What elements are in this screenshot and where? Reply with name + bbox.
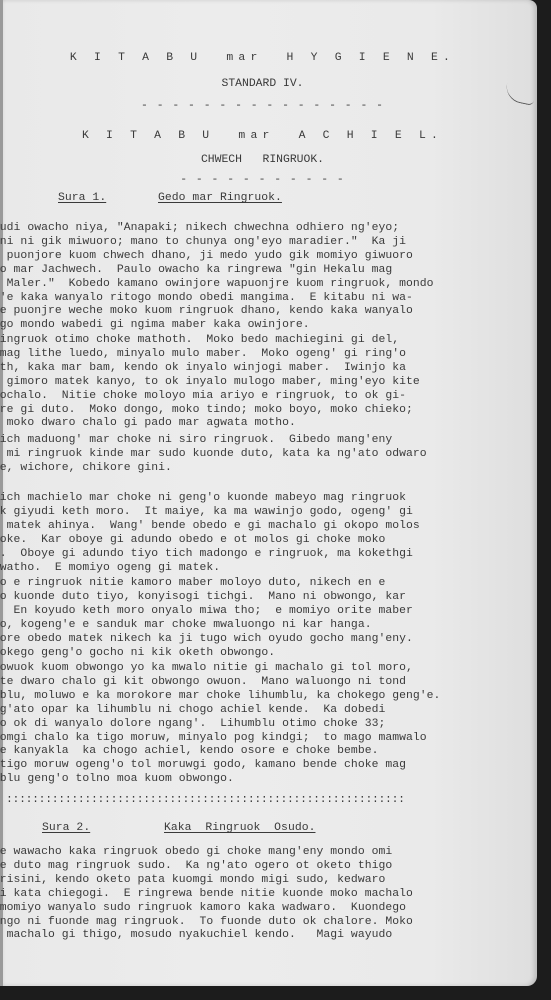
text-line: ire puonjre weche moko kuom ringruok dha… [0,305,434,319]
text-line: umblu geng'o tolno moa kuom obwongo. [0,773,440,787]
paragraph-3: Tich maduong' mar choke ni siro ringruok… [0,434,427,476]
text-line: togo mondo wabedi gi ngima maber kaka ow… [0,319,434,333]
text-line: ehni ni gik miwuoro; mano to chunya ong'… [0,236,434,250]
document-title: K I T A B U mar H Y G I E N E. [0,52,531,64]
text-line: a ochalo. Nitie choke moloyo mia ariyo e… [0,390,420,404]
chapter-2-heading: Kaka Ringruok Osudo. [164,822,315,834]
chapter-2-title: Kaka Ringruok Osudo. [164,822,315,834]
chapter-2-label: Sura 2. [42,822,90,834]
text-line: kik giyudi keth moro. It maiye, ka ma wa… [0,506,420,520]
scanned-page: K I T A B U mar H Y G I E N E. STANDARD … [0,0,537,986]
text-line: ie gimoro matek kanyo, to ok inyalo mulo… [0,376,420,390]
text-line: Paudi owacho niya, "Anapaki; nikech chwe… [0,222,434,236]
text-line: Tich maduong' mar choke ni siro ringruok… [0,434,427,448]
text-line: To e ringruok nitie kamoro maber moloyo … [0,577,413,591]
text-line: nde duto mag ringruok sudo. Ka ng'ato og… [0,860,413,874]
paragraph-5: To e ringruok nitie kamoro maber moloyo … [0,577,413,660]
text-line: choke. Kar oboye gi adundo obedo e ot mo… [0,534,420,548]
text-line: ya Maler." Kobedo kamano owinjore wapuon… [0,278,434,292]
paragraph-2: Ringruok otimo choke mathoth. Moko bedo … [0,334,420,431]
text-line: njore obedo matek nikech ka ji tugo wich… [0,633,413,647]
book-subtitle: CHWECH RINGRUOK. [0,154,531,166]
text-line: o. En koyudo keth moro onyalo miwa tho; … [0,605,413,619]
text-line: chokego geng'o gocho ni kik oketh obwong… [0,647,413,661]
text-line: kite dwaro chalo gi kit obwongo owuon. M… [0,676,440,690]
text-line: hoth, kaka mar bam, kendo ok inyalo winj… [0,362,420,376]
text-line: Ringruok otimo choke mathoth. Moko bedo … [0,334,420,348]
text-line: do mi ringruok kinde mar sudo kuonde dut… [0,448,427,462]
paragraph-7: Ne wawacho kaka ringruok obedo gi choke … [0,846,413,943]
paragraph-4: Tich machielo mar choke ni geng'o kuonde… [0,492,420,575]
book-title: K I T A B U mar A C H I E L. [0,130,531,142]
text-line: go matek ahinya. Wang' bende obedo e gi … [0,520,420,534]
text-line: ano ok di wanyalo dolore ngang'. Lihumbl… [0,718,440,732]
rule-1: - - - - - - - - - - - - - - - - [0,100,531,112]
text-line: iyo kuonde duto tiyo, konyisogi tichgi. … [0,591,413,605]
chapter-1-label: Sura 1. [58,192,106,204]
text-line: ogi kata chiegogi. E ringrewa bende niti… [0,888,413,902]
text-line: ore kanyakla ka chogo achiel, kendo osor… [0,745,440,759]
text-line: Ne wawacho kaka ringruok obedo gi choke … [0,846,413,860]
text-line: lo puonjore kuom chwech dhano, ji medo y… [0,250,434,264]
chapter-1-title: Gedo mar Ringruok. [158,192,282,204]
paragraph-1: Paudi owacho niya, "Anapaki; nikech chwe… [0,222,434,333]
text-line: umblu, moluwo e ka morokore mar choke li… [0,690,440,704]
text-line: dirisini, kendo oketo pata kuomgi mondo … [0,874,413,888]
text-line: oko mar Jachwech. Paulo owacho ka ringre… [0,264,434,278]
chapter-2-number: Sura 2. [42,822,90,834]
chapter-1-heading: Gedo mar Ringruok. [158,192,282,204]
text-line: ng'ato opar ka lihumblu ni chogo achiel … [0,704,440,718]
text-line: ie machalo gi thigo, mosudo nyakuchiel k… [0,929,413,943]
text-line: uongo ni fuonde mag ringruok. To fuonde … [0,916,413,930]
text-line: a momiyo wanyalo sudo ringruok kamoro ka… [0,902,413,916]
text-line: lore gi duto. Moko dongo, moko tindo; mo… [0,404,420,418]
paragraph-6: Mowuok kuom obwongo yo ka mwalo nitie gi… [0,662,440,787]
rule-2: - - - - - - - - - - - [0,174,531,186]
text-line: i watho. E momiyo ogeng gi matek. [0,562,420,576]
text-line: a tigo moruw ogeng'o tol moruwgi godo, k… [0,759,440,773]
document-subtitle: STANDARD IV. [0,78,531,90]
text-line: Tich machielo mar choke ni geng'o kuonde… [0,492,420,506]
section-separator: ::::::::::::::::::::::::::::::::::::::::… [6,794,405,806]
text-line: ng'e kaka wanyalo ritogo mondo obedi man… [0,292,434,306]
text-line: ek. Oboye gi adundo tiyo tich madongo e … [0,548,420,562]
text-line: a mag lithe luedo, minyalo mulo maber. M… [0,348,420,362]
text-line: Mowuok kuom obwongo yo ka mwalo nitie gi… [0,662,440,676]
chapter-1-number: Sura 1. [58,192,106,204]
text-line: ore, wichore, chikore gini. [0,462,427,476]
text-line: do moko dwaro chalo gi pado mar agwata m… [0,417,420,431]
text-line: oyo, kogeng'e e sanduk mar choke mwaluon… [0,619,413,633]
text-line: kuomgi chalo ka tigo moruw, minyalo pog … [0,732,440,746]
